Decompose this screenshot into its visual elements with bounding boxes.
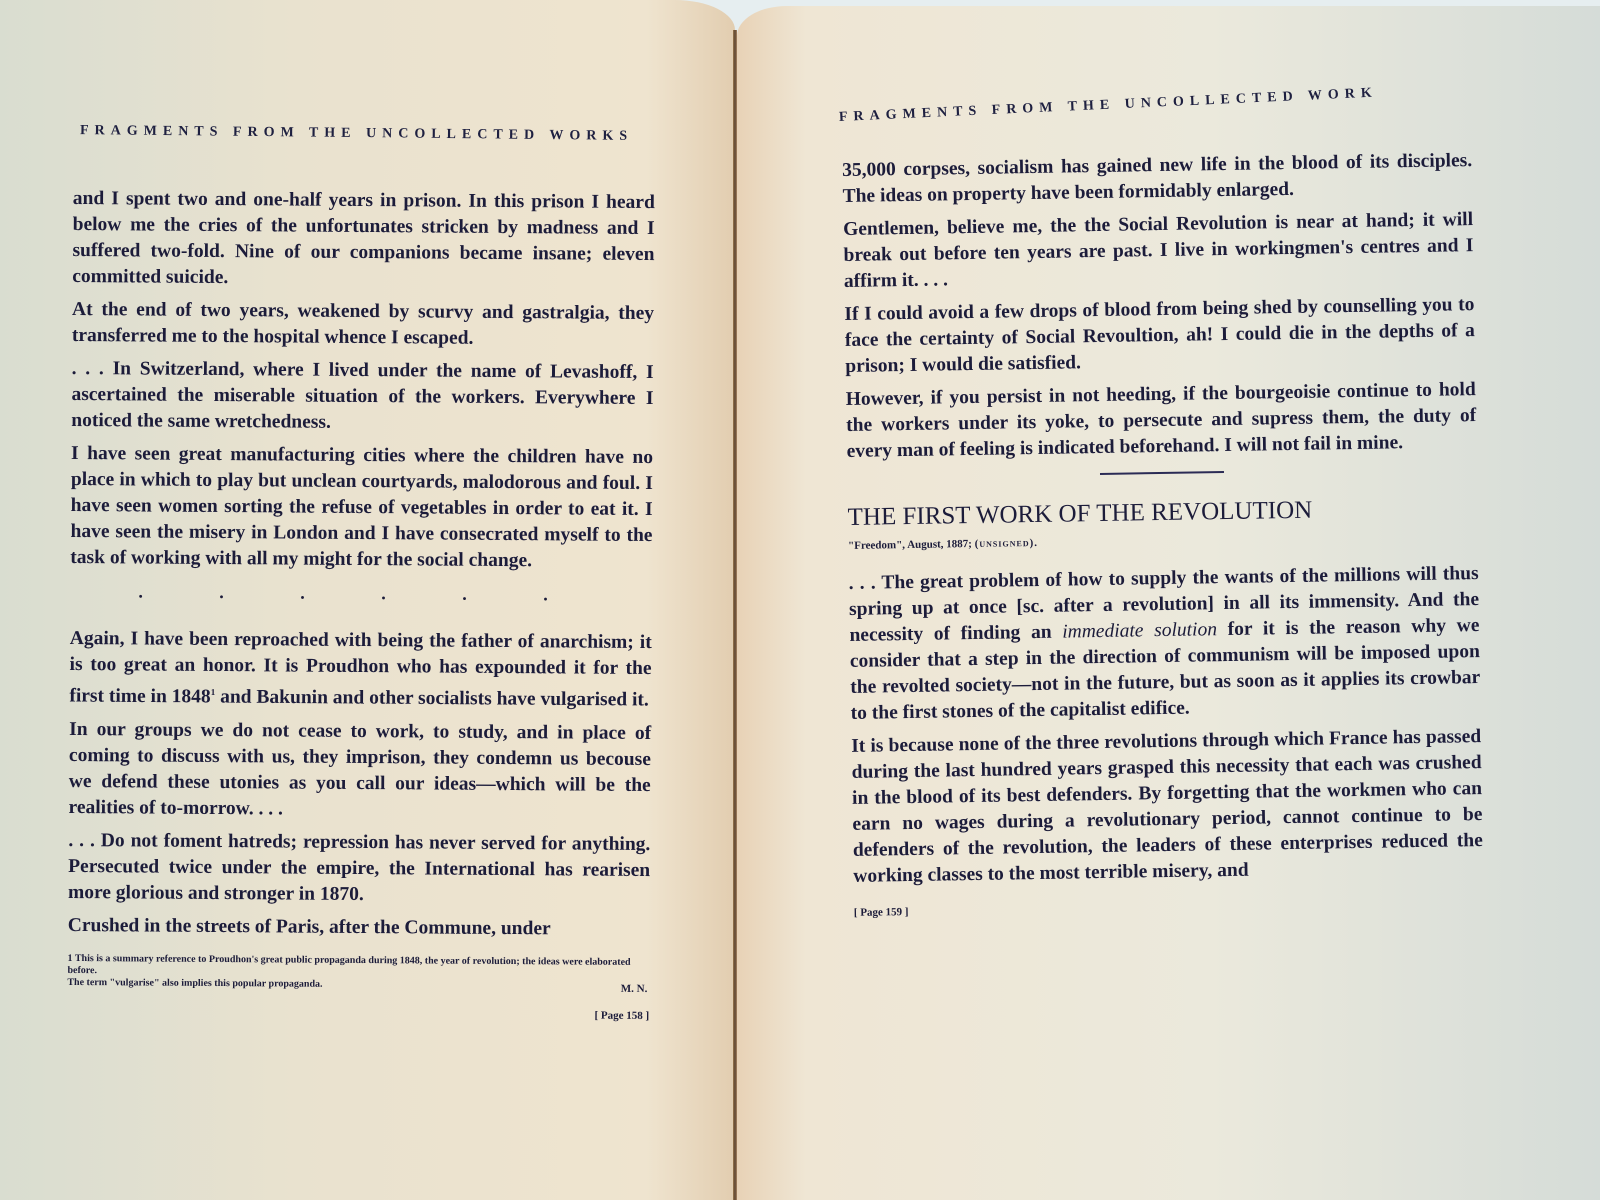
source-attribution: (unsigned). (975, 537, 1038, 550)
right-page: Fragments from the Uncollected Work 35,0… (737, 6, 1600, 1200)
paragraph: Crushed in the streets of Paris, after t… (68, 912, 650, 942)
page-number: [ Page 158 ] (67, 998, 649, 1028)
source-publication: "Freedom", August, 1887; (848, 538, 975, 552)
paragraph: However, if you persist in not heeding, … (846, 377, 1477, 465)
paragraph: At the end of two years, weakened by scu… (72, 297, 654, 353)
paragraph: and I spent two and one-half years in pr… (72, 186, 655, 294)
left-page-body: and I spent two and one-half years in pr… (67, 186, 655, 1029)
paragraph-text: and Bakunin and other socialists have vu… (215, 686, 649, 710)
paragraph: . . . Do not foment hatreds; repression … (68, 827, 651, 909)
running-head: Fragments from the Uncollected Works (80, 123, 633, 145)
paragraph: Gentlemen, believe me, the the Social Re… (843, 207, 1474, 295)
paragraph: I have seen great manufacturing cities w… (70, 441, 653, 575)
page-number: [ Page 159 ] (854, 890, 1484, 926)
right-page-body: 35,000 corpses, socialism has gained new… (842, 148, 1484, 926)
paragraph: Again, I have been reproached with being… (69, 626, 652, 714)
paragraph: If I could avoid a few drops of blood fr… (844, 292, 1475, 380)
emphasized-text: immediate solution (1062, 619, 1217, 642)
running-head: Fragments from the Uncollected Work (839, 86, 1378, 126)
section-divider (1100, 471, 1224, 475)
paragraph: It is because none of the three revoluti… (851, 724, 1483, 890)
paragraph: In our groups we do not cease to work, t… (69, 716, 652, 824)
paragraph: . . . In Switzerland, where I lived unde… (71, 356, 654, 438)
section-break-dots: . . . . . . (70, 578, 652, 608)
paragraph: 35,000 corpses, socialism has gained new… (842, 148, 1473, 210)
left-page: Fragments from the Uncollected Works and… (0, 0, 735, 1200)
footnotes: 1 This is a summary reference to Proudho… (67, 952, 649, 992)
editor-initials: M. N. (621, 982, 648, 994)
paragraph: . . . The great problem of how to supply… (848, 561, 1480, 727)
